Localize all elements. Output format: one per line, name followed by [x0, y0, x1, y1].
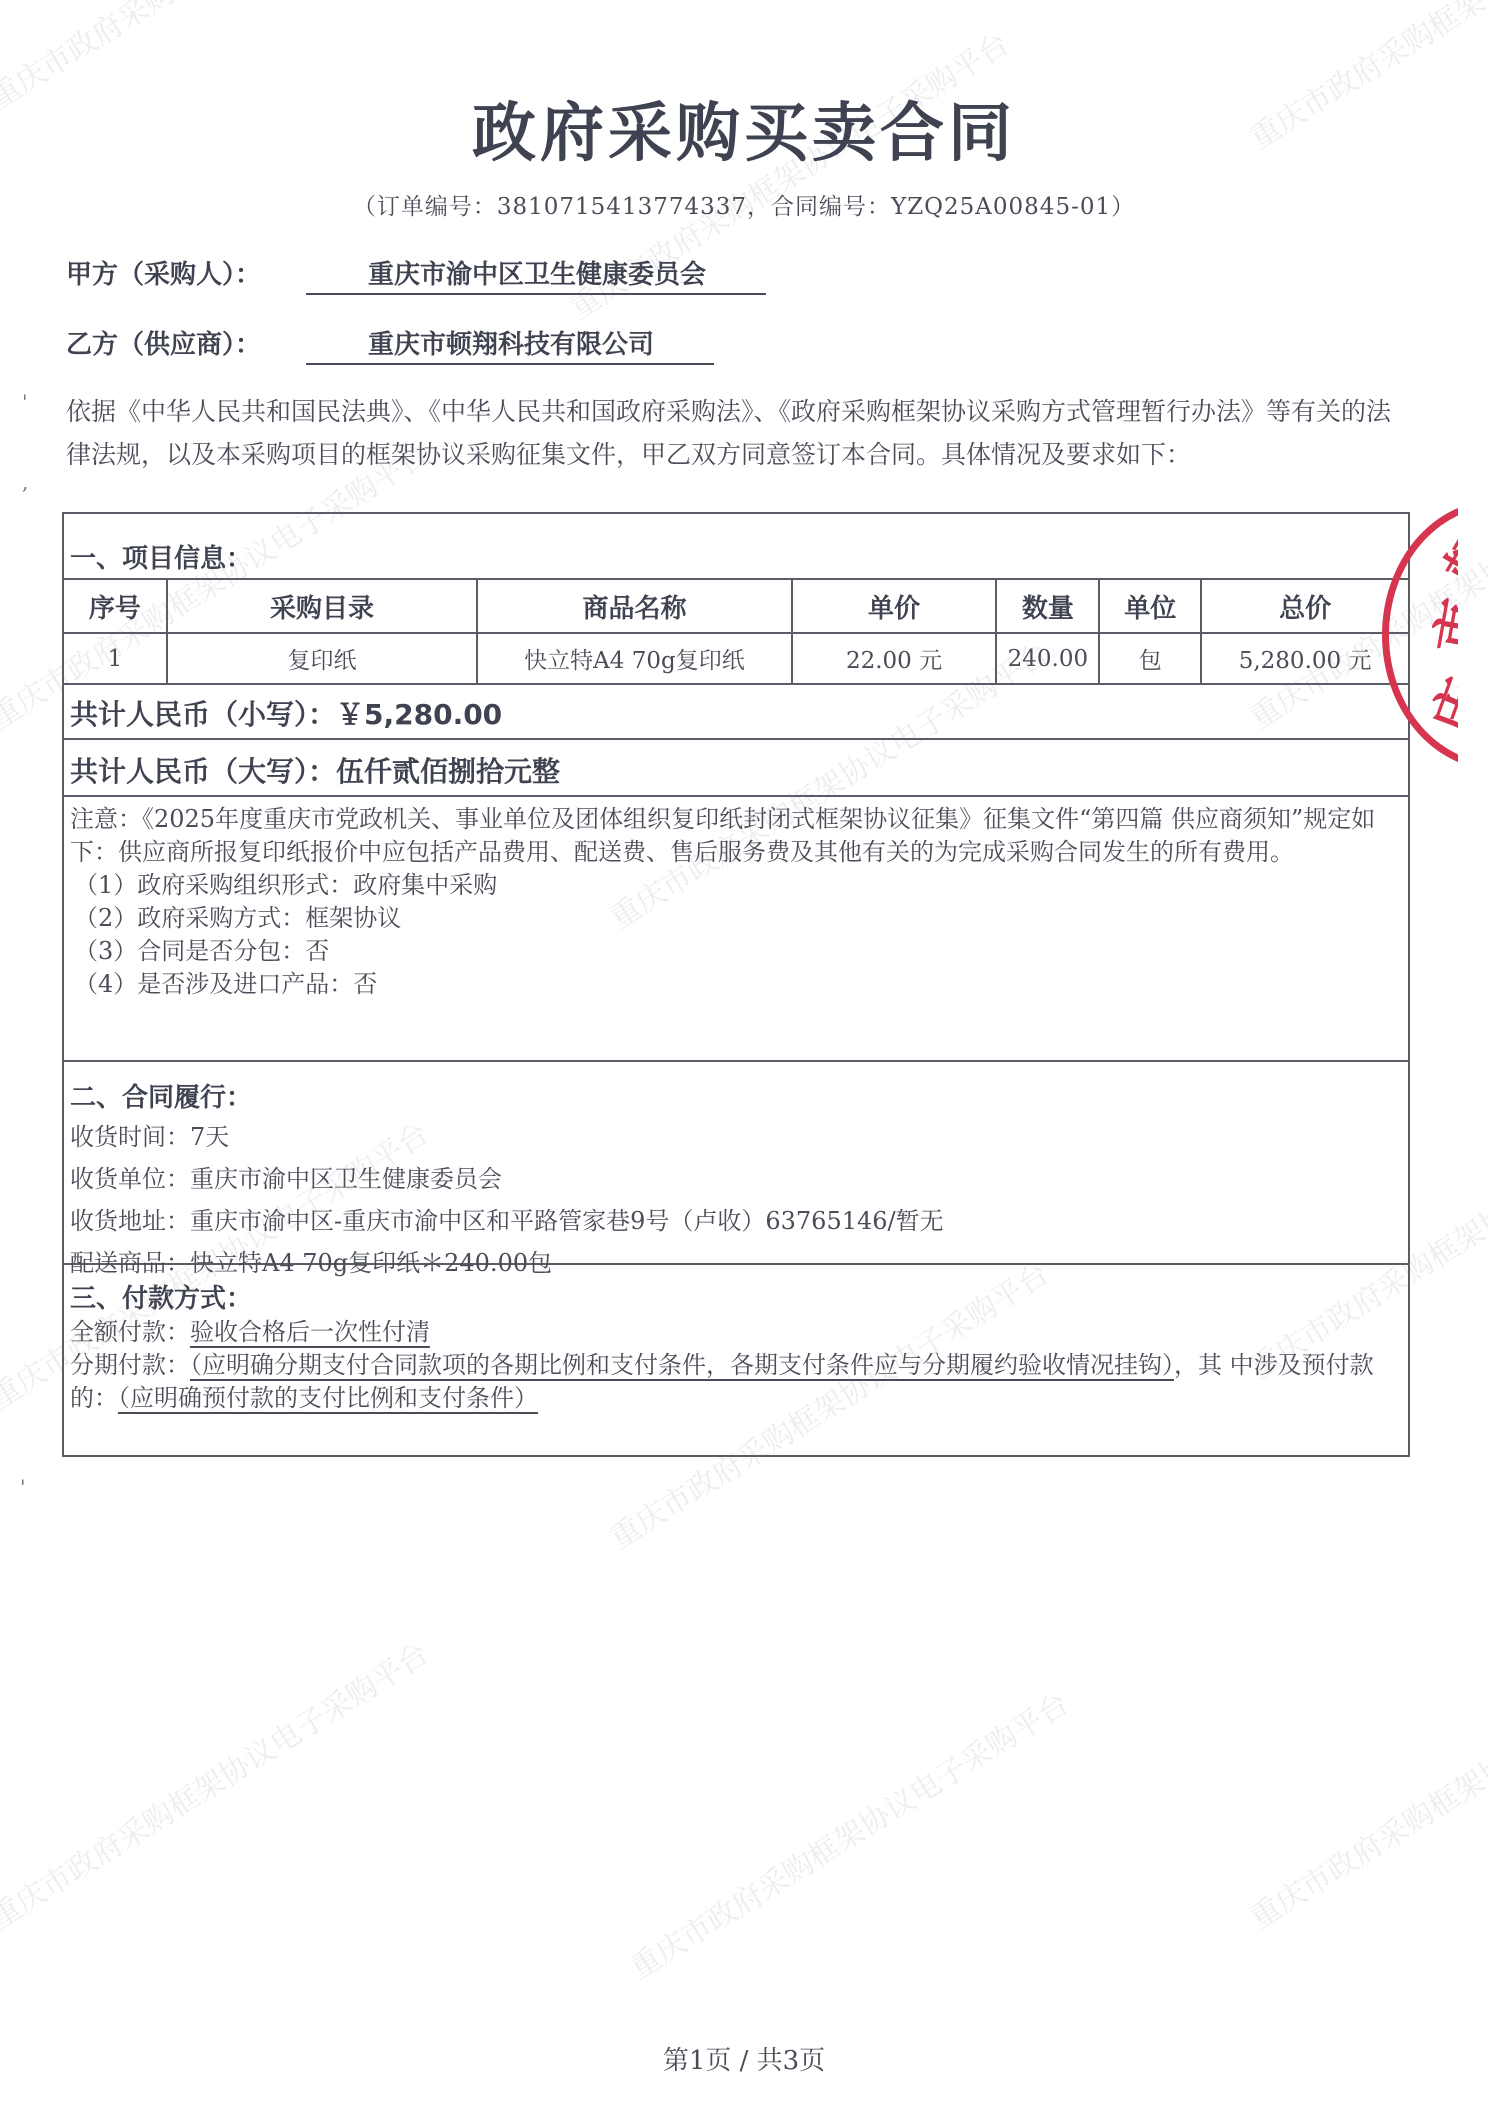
col-header-unit: 单位 [1099, 579, 1201, 633]
installment-tail: ，其 [1174, 1351, 1222, 1379]
section1-header: 一、项目信息： [64, 514, 1408, 580]
section2-fulfillment: 二、合同履行： 收货时间：7天 收货单位：重庆市渝中区卫生健康委员会 收货地址：… [64, 1062, 1408, 1265]
installment-value: （应明确分期支付合同款项的各期比例和支付条件，各期支付条件应与分期履约验收情况挂… [190, 1351, 1174, 1381]
cell-total: 5,280.00 元 [1201, 633, 1409, 684]
seal-char: 市 [1413, 592, 1458, 659]
watermark-text: 重庆市政府采购框架协议电子采购平台 [0, 1630, 436, 1938]
total-lowercase: 共计人民币（小写）：￥5,280.00 [64, 685, 1408, 740]
buyer-label: 甲方（采购人）： [66, 254, 306, 291]
cell-unit-price: 22.00 元 [792, 633, 997, 684]
cell-category: 复印纸 [167, 633, 477, 684]
intro-paragraph: 依据《中华人民共和国民法典》、《中华人民共和国政府采购法》、《政府采购框架协议采… [66, 390, 1411, 476]
scan-mark: ' [20, 1475, 26, 1499]
watermark-text: 重庆市政府采购框架协议电子采购平台 [620, 1680, 1076, 1988]
supplier-value: 重庆市顿翔科技有限公司 [306, 324, 714, 365]
supplier-label: 乙方（供应商）： [66, 324, 306, 361]
col-header-product: 商品名称 [477, 579, 791, 633]
document-title: 政府采购买卖合同 [0, 82, 1488, 174]
total-uppercase: 共计人民币（大写）：伍仟贰佰捌拾元整 [64, 740, 1408, 797]
delivery-unit: 收货单位：重庆市渝中区卫生健康委员会 [70, 1158, 1408, 1200]
col-header-index: 序号 [63, 579, 167, 633]
buyer-line: 甲方（采购人）：重庆市渝中区卫生健康委员会 [66, 254, 766, 295]
cell-quantity: 240.00 [996, 633, 1099, 684]
cell-unit: 包 [1099, 633, 1201, 684]
supplier-line: 乙方（供应商）：重庆市顿翔科技有限公司 [66, 324, 714, 365]
col-header-category: 采购目录 [167, 579, 477, 633]
installment-line: 分期付款：（应明确分期支付合同款项的各期比例和支付条件，各期支付条件应与分期履约… [70, 1349, 1400, 1415]
document-subtitle: （订单编号：3810715413774337，合同编号：YZQ25A00845-… [0, 188, 1488, 221]
seal-char: 庆 [1411, 667, 1458, 744]
contract-details-box: 一、项目信息： 序号 采购目录 商品名称 单价 数量 单位 总价 1 复印纸 快… [62, 512, 1410, 1457]
delivery-time: 收货时间：7天 [70, 1116, 1408, 1158]
table-row: 1 复印纸 快立特A4 70g复印纸 22.00 元 240.00 包 5,28… [63, 633, 1409, 684]
section2-heading: 二、合同履行： [70, 1080, 1408, 1116]
section1-heading: 一、项目信息： [70, 544, 252, 574]
full-payment-label: 全额付款： [70, 1318, 190, 1346]
buyer-value: 重庆市渝中区卫生健康委员会 [306, 254, 766, 295]
table-header-row: 序号 采购目录 商品名称 单价 数量 单位 总价 [63, 579, 1409, 633]
scan-mark: ' [22, 390, 28, 414]
notes-text: 注意：《2025年度重庆市党政机关、事业单位及团体组织复印纸封闭式框架协议征集》… [70, 803, 1400, 869]
cell-product: 快立特A4 70g复印纸 [477, 633, 791, 684]
delivery-address: 收货地址：重庆市渝中区-重庆市渝中区和平路管家巷9号（卢收）63765146/暂… [70, 1200, 1408, 1242]
section3-heading: 三、付款方式： [70, 1283, 1400, 1316]
notes-item: （2）政府采购方式：框架协议 [70, 902, 1400, 935]
full-payment-line: 全额付款：验收合格后一次性付清 [70, 1316, 1400, 1349]
section3-payment: 三、付款方式： 全额付款：验收合格后一次性付清 分期付款：（应明确分期支付合同款… [64, 1265, 1408, 1455]
installment-label: 分期付款： [70, 1351, 190, 1379]
col-header-unit-price: 单价 [792, 579, 997, 633]
items-table: 序号 采购目录 商品名称 单价 数量 单位 总价 1 复印纸 快立特A4 70g… [62, 578, 1410, 685]
cell-index: 1 [63, 633, 167, 684]
notes-item: （1）政府采购组织形式：政府集中采购 [70, 869, 1400, 902]
notes-item: （4）是否涉及进口产品：否 [70, 968, 1400, 1001]
col-header-quantity: 数量 [996, 579, 1099, 633]
scan-mark: , [22, 470, 28, 494]
seal-char: 顿 [1424, 513, 1458, 598]
notes-section: 注意：《2025年度重庆市党政机关、事业单位及团体组织复印纸封闭式框架协议征集》… [64, 797, 1408, 1062]
full-payment-value: 验收合格后一次性付清 [190, 1318, 430, 1348]
prepay-value: （应明确预付款的支付比例和支付条件） [118, 1384, 538, 1414]
col-header-total: 总价 [1201, 579, 1409, 633]
notes-item: （3）合同是否分包：否 [70, 935, 1400, 968]
watermark-text: 重庆市政府采购框架协议电子采购平台 [1240, 1630, 1488, 1938]
page-indicator: 第1页 / 共3页 [0, 2040, 1488, 2077]
